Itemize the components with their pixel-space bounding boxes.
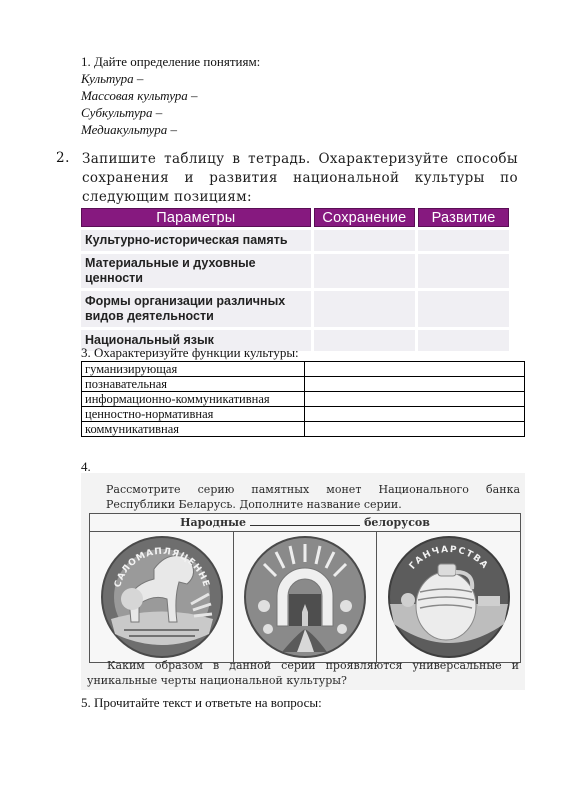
culture-functions-table: гуманизирующая познавательная информацио…	[81, 361, 525, 437]
function-name: гуманизирующая	[82, 362, 305, 377]
function-answer-cell	[305, 392, 525, 407]
table-row: Материальные и духовные ценности	[81, 254, 509, 288]
table-row: Формы организации различных видов деятел…	[81, 291, 509, 327]
term-culture: Культура –	[81, 70, 260, 87]
function-answer-cell	[305, 422, 525, 437]
function-name: познавательная	[82, 377, 305, 392]
param-cell: Формы организации различных видов деятел…	[81, 291, 311, 327]
term-subculture: Субкультура –	[81, 104, 260, 121]
task-1: 1. Дайте определение понятиям: Культура …	[81, 53, 260, 138]
development-cell	[418, 254, 509, 288]
task-5-title: 5. Прочитайте текст и ответьте на вопрос…	[81, 695, 322, 711]
function-answer-cell	[305, 362, 525, 377]
table-row: познавательная	[82, 377, 525, 392]
series-title-right: белорусов	[364, 516, 430, 529]
term-mass-culture: Массовая культура –	[81, 87, 260, 104]
series-title-blank	[250, 515, 360, 526]
coin-series-scan: Рассмотрите серию памятных монет Национа…	[81, 473, 525, 690]
param-cell: Культурно-историческая память	[81, 230, 311, 251]
coin-series-box: Народныебелорусов САЛОМАПЛЯЦЕННЕ	[89, 513, 521, 663]
table-row: гуманизирующая	[82, 362, 525, 377]
table-header-row: Параметры Сохранение Развитие	[81, 208, 509, 227]
function-name: коммуникативная	[82, 422, 305, 437]
task-2-number: 2.	[56, 150, 70, 166]
header-parameters: Параметры	[81, 208, 311, 227]
series-title-left: Народные	[180, 516, 246, 529]
coin-horseshoe-icon	[242, 534, 368, 660]
coin-cell-horseshoe	[234, 532, 377, 662]
task-3-title: 3. Охарактеризуйте функции культуры:	[81, 345, 299, 361]
development-cell	[418, 230, 509, 251]
function-answer-cell	[305, 377, 525, 392]
series-title: Народныебелорусов	[90, 514, 520, 532]
task-4-question: Каким образом в данной серии проявляются…	[87, 658, 519, 688]
term-mediaculture: Медиакультура –	[81, 121, 260, 138]
coin-cell-straw: САЛОМАПЛЯЦЕННЕ	[90, 532, 234, 662]
task-1-title: 1. Дайте определение понятиям:	[81, 53, 260, 70]
table-row: ценностно-нормативная	[82, 407, 525, 422]
table-row: Культурно-историческая память	[81, 230, 509, 251]
preservation-table: Параметры Сохранение Развитие Культурно-…	[78, 205, 512, 354]
table-row: информационно-коммуникативная	[82, 392, 525, 407]
preservation-cell	[314, 330, 416, 351]
coin-pottery-icon: ГАНЧАРСТВА	[386, 534, 512, 660]
task-2-text: Запишите таблицу в тетрадь. Охарактеризу…	[82, 150, 518, 207]
preservation-cell	[314, 291, 416, 327]
param-cell: Материальные и духовные ценности	[81, 254, 311, 288]
preservation-cell	[314, 230, 416, 251]
coin-straw-horse-icon: САЛОМАПЛЯЦЕННЕ	[99, 534, 225, 660]
coin-cell-pottery: ГАНЧАРСТВА	[377, 532, 520, 662]
development-cell	[418, 291, 509, 327]
preservation-cell	[314, 254, 416, 288]
header-development: Развитие	[418, 208, 509, 227]
table-row: коммуникативная	[82, 422, 525, 437]
function-answer-cell	[305, 407, 525, 422]
task-4-intro: Рассмотрите серию памятных монет Национа…	[106, 482, 520, 512]
function-name: ценностно-нормативная	[82, 407, 305, 422]
development-cell	[418, 330, 509, 351]
header-preservation: Сохранение	[314, 208, 416, 227]
function-name: информационно-коммуникативная	[82, 392, 305, 407]
